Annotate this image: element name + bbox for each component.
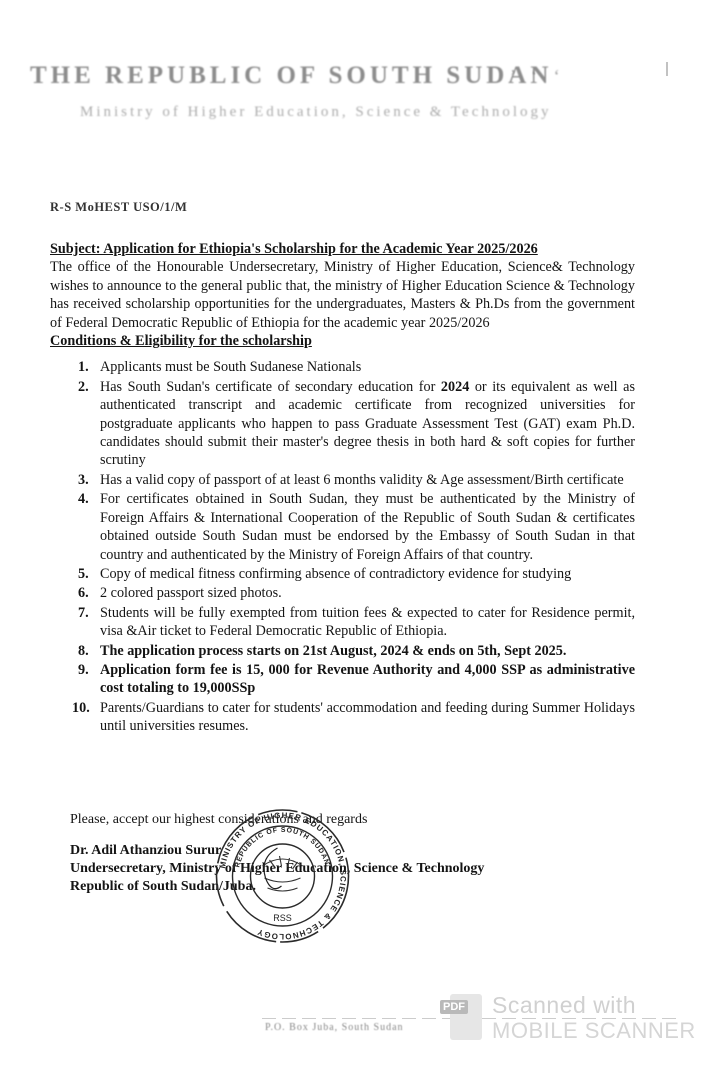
item-text: 2 colored passport sized photos. (100, 585, 282, 601)
item-number: 3. (78, 471, 98, 489)
list-item: 6.2 colored passport sized photos. (50, 584, 635, 602)
letter-body: Subject: Application for Ethiopia's Scho… (50, 240, 635, 737)
item-text: Copy of medical fitness confirming absen… (100, 566, 571, 582)
list-item: 4.For certificates obtained in South Sud… (50, 490, 635, 564)
list-item: 3.Has a valid copy of passport of at lea… (50, 471, 635, 489)
item-text: Parents/Guardians to cater for students'… (100, 700, 635, 734)
item-number: 2. (78, 378, 98, 396)
pdf-badge: PDF (440, 1000, 468, 1014)
scanner-watermark: PDF Scanned with MOBILE SCANNER (440, 990, 700, 1050)
watermark-line1: Scanned with (492, 992, 636, 1019)
subject-line: Subject: Application for Ethiopia's Scho… (50, 240, 635, 258)
list-item: 7.Students will be fully exempted from t… (50, 604, 635, 641)
letterhead-mark (666, 62, 668, 76)
item-number: 6. (78, 584, 98, 602)
list-item: 9.Application form fee is 15, 000 for Re… (50, 661, 635, 698)
conditions-heading: Conditions & Eligibility for the scholar… (50, 332, 635, 350)
letterhead-right-text: ’ ‘ ‘ (510, 66, 566, 87)
list-item: 5.Copy of medical fitness confirming abs… (50, 565, 635, 583)
item-number: 4. (78, 490, 98, 508)
svg-text:REPUBLIC OF SOUTH SUDAN: REPUBLIC OF SOUTH SUDAN (234, 827, 330, 868)
list-item: 10.Parents/Guardians to cater for studen… (50, 699, 635, 736)
eligibility-list: 1.Applicants must be South Sudanese Nati… (50, 358, 635, 735)
reference-number: R-S MoHEST USO/1/M (50, 200, 187, 215)
item-text: Has a valid copy of passport of at least… (100, 472, 624, 488)
item-number: 10. (72, 699, 92, 717)
item-number: 9. (78, 661, 98, 679)
item-number: 8. (78, 642, 98, 660)
letterhead-title: THE REPUBLIC OF SOUTH SUDAN (30, 62, 552, 90)
item-text: Has South Sudan's certificate of seconda… (100, 379, 635, 469)
intro-paragraph: The office of the Honourable Undersecret… (50, 258, 635, 332)
item-number: 5. (78, 565, 98, 583)
list-item: 1.Applicants must be South Sudanese Nati… (50, 358, 635, 376)
item-text: Students will be fully exempted from tui… (100, 605, 635, 639)
pdf-document-icon: PDF (440, 992, 484, 1044)
letterhead-subtitle: Ministry of Higher Education, Science & … (80, 104, 552, 121)
item-text: Applicants must be South Sudanese Nation… (100, 359, 361, 375)
item-text: Application form fee is 15, 000 for Reve… (100, 662, 635, 696)
item-number: 7. (78, 604, 98, 622)
item-text: For certificates obtained in South Sudan… (100, 491, 635, 562)
item-text: The application process starts on 21st A… (100, 643, 566, 659)
list-item: 8.The application process starts on 21st… (50, 642, 635, 660)
svg-text:RSS: RSS (273, 913, 292, 923)
official-stamp-icon: MINISTRY OF HIGHER EDUCATION, SCIENCE & … (215, 796, 350, 956)
watermark-line2: MOBILE SCANNER (492, 1018, 696, 1044)
item-number: 1. (78, 358, 98, 376)
list-item: 2.Has South Sudan's certificate of secon… (50, 378, 635, 470)
footer-address: P.O. Box Juba, South Sudan (265, 1022, 404, 1033)
